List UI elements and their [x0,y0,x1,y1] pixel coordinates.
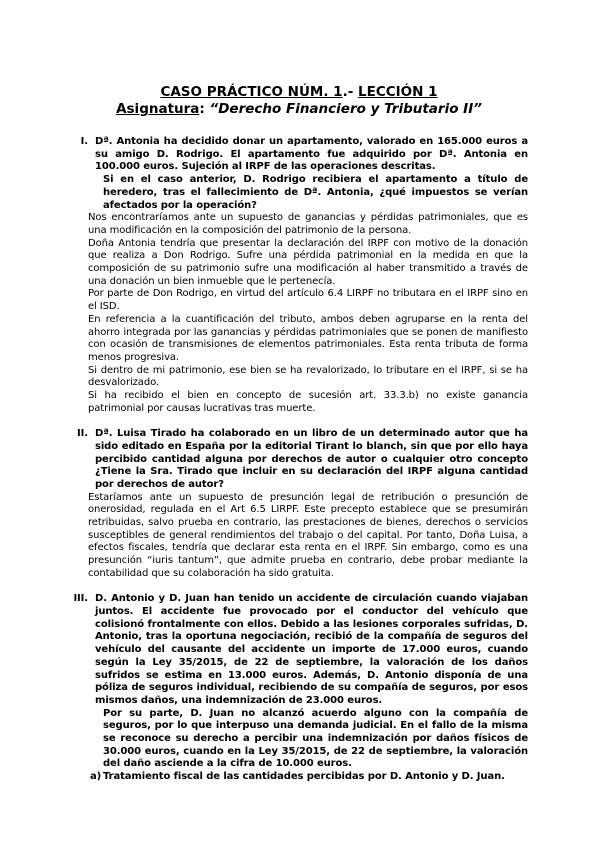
answer-paragraph: Por parte de Don Rodrigo, en virtud del … [88,288,528,313]
answer-paragraph: Estaríamos ante un supuesto de presunció… [88,492,528,581]
subtitle-label: Asignatura [116,101,199,117]
document-header: CASO PRÁCTICO NÚM. 1.- LECCIÓN 1 Asignat… [70,84,528,118]
document-subtitle: Asignatura: “Derecho Financiero y Tribut… [70,101,528,118]
answer-paragraph: En referencia a la cuantificación del tr… [88,314,528,365]
case-numeral: III. [70,593,88,606]
case-numeral: II. [70,428,88,441]
title-separator: .- [343,84,358,100]
case-statement-followup: Si en el caso anterior, D. Rodrigo recib… [103,174,528,212]
case-statement: D. Antonio y D. Juan han tenido un accid… [95,593,528,707]
document-title: CASO PRÁCTICO NÚM. 1.- LECCIÓN 1 [70,84,528,101]
document-page: CASO PRÁCTICO NÚM. 1.- LECCIÓN 1 Asignat… [0,0,599,848]
case-numeral: I. [70,136,88,149]
sub-question-item: a)Tratamiento fiscal de las cantidades p… [90,771,528,784]
answer-paragraph: Nos encontraríamos ante un supuesto de g… [88,212,528,237]
subtitle-separator: : [199,101,209,117]
title-lesson: LECCIÓN 1 [358,84,438,100]
subtitle-subject-name: “Derecho Financiero y Tributario II” [210,101,482,117]
sub-question-text: Tratamiento fiscal de las cantidades per… [103,771,505,782]
case-section-3: III. D. Antonio y D. Juan han tenido un … [70,593,528,784]
case-statement: Dª. Antonia ha decidido donar un apartam… [95,136,528,174]
title-case-number: CASO PRÁCTICO NÚM. 1 [160,84,342,100]
case-section-1: I. Dª. Antonia ha decidido donar un apar… [70,136,528,415]
answer-paragraph: Doña Antonia tendría que presentar la de… [88,238,528,289]
case-statement: Dª. Luisa Tirado ha colaborado en un lib… [95,428,528,492]
sub-question-label: a) [90,771,101,784]
answer-paragraph: Si dentro de mi patrimonio, ese bien se … [88,365,528,390]
answer-paragraph: Si ha recibido el bien en concepto de su… [88,390,528,415]
case-section-2: II. Dª. Luisa Tirado ha colaborado en un… [70,428,528,580]
case-statement-followup: Por su parte, D. Juan no alcanzó acuerdo… [103,708,528,772]
